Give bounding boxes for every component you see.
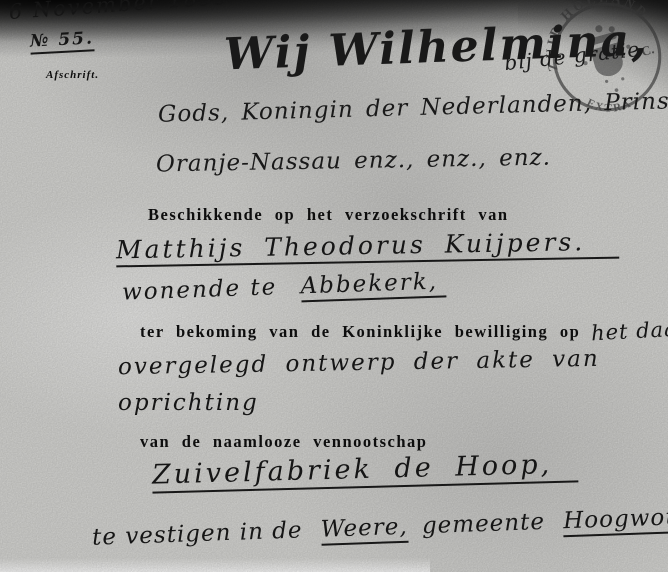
residence-place: Abbekerk, [300,268,446,302]
printed-clause-3: van de naamlooze vennootschap [140,432,427,452]
handwritten-date: 6 November 1899 [8,0,230,24]
seat-line: te vestigen in de Weere, gemeente Hoogwo… [92,503,668,550]
residence-line: wonende te Abbekerk, [122,268,447,305]
seat-place-1: Weere, [320,514,408,546]
document-page: 6 November 1899 № 55. Afschrift. Wij Wil… [0,0,668,572]
handwritten-line-3: overgelegd ontwerp der akte van [118,346,600,380]
company-name: Zuivelfabriek de Hoop, [152,448,579,493]
handwritten-line-4: oprichting [118,390,259,416]
copy-label: Afschrift. [46,69,99,81]
document-number: № 55. [29,28,94,54]
scan-highlight-bottom [0,558,430,572]
handwritten-insert: het daarbij [591,315,668,346]
seat-prefix: te vestigen in de [92,517,303,550]
heading-line3: Oranje-Nassau enz., enz., enz. [156,145,551,178]
printed-clause-1: Beschikkende op het verzoekschrift van [148,205,509,225]
petitioner-name: Matthijs Theodorus Kuijpers. [116,227,620,268]
residence-prefix: wonende te [122,274,278,305]
seat-place-2: Hoogwoud [563,503,668,537]
printed-clause-2: ter bekoming van de Koninklijke bewillig… [140,322,580,341]
seat-middle: gemeente [422,509,546,539]
bewilliging-line: ter bekoming van de Koninklijke bewillig… [140,318,668,342]
